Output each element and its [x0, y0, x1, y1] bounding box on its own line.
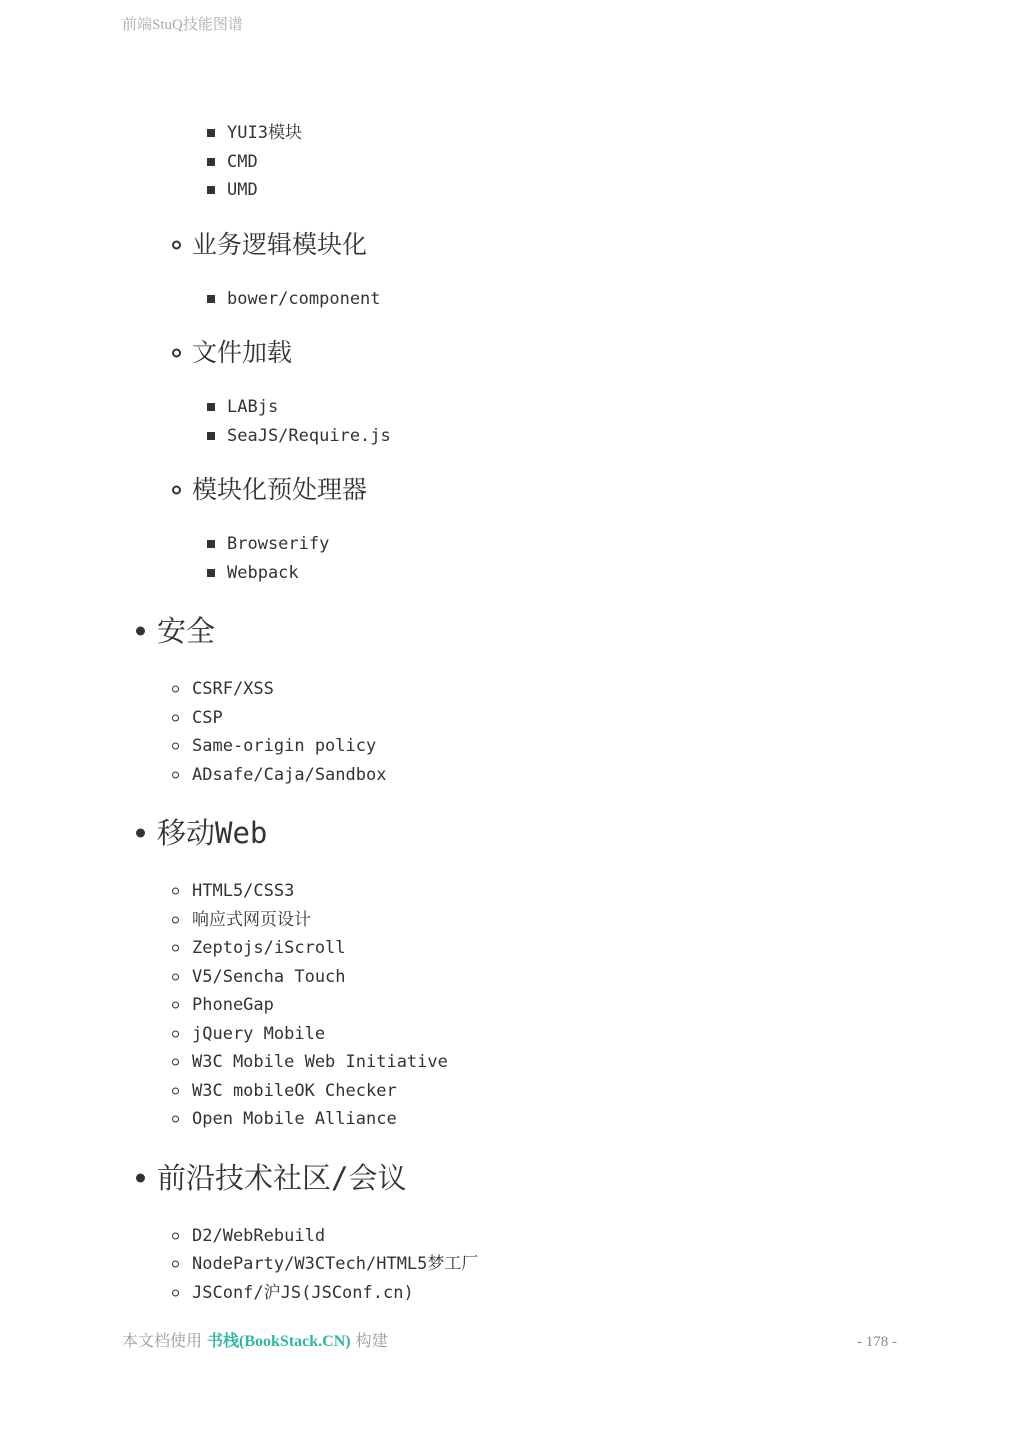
outline-heading-text: 文件加载: [192, 338, 292, 367]
list-item: Same-origin policy: [122, 732, 929, 761]
disc-bullet-icon: [136, 627, 145, 636]
list-item-text: Same-origin policy: [192, 736, 376, 756]
list-item: ADsafe/Caja/Sandbox: [122, 761, 929, 790]
list-item: JSConf/沪JS(JSConf.cn): [122, 1279, 929, 1308]
list-item-text: CSRF/XSS: [192, 679, 274, 699]
document-page: 前端StuQ技能图谱 YUI3模块CMDUMD业务逻辑模块化bower/comp…: [0, 0, 1019, 1440]
outline-item-group: LABjsSeaJS/Require.js: [122, 393, 929, 450]
circle-bullet-icon: [172, 486, 181, 495]
list-item: PhoneGap: [122, 991, 929, 1020]
list-item: Open Mobile Alliance: [122, 1105, 929, 1134]
footer-credit: 本文档使用书栈(BookStack.CN)构建: [122, 1328, 388, 1351]
list-item-text: SeaJS/Require.js: [227, 426, 391, 446]
circle-bullet-icon: [172, 945, 179, 952]
list-item-text: CMD: [227, 152, 258, 172]
list-item-text: Webpack: [227, 563, 299, 583]
square-bullet-icon: [207, 432, 215, 440]
circle-bullet-icon: [172, 1087, 179, 1094]
circle-bullet-icon: [172, 888, 179, 895]
footer-credit-prefix: 本文档使用: [122, 1333, 202, 1350]
circle-bullet-icon: [172, 1232, 179, 1239]
list-item: CSP: [122, 704, 929, 733]
list-item: W3C Mobile Web Initiative: [122, 1048, 929, 1077]
list-item: UMD: [122, 176, 929, 205]
outline-heading-text: 前沿技术社区/会议: [157, 1161, 406, 1195]
list-item: YUI3模块: [122, 119, 929, 148]
circle-bullet-icon: [172, 1289, 179, 1296]
list-item-text: D2/WebRebuild: [192, 1226, 325, 1246]
disc-bullet-icon: [136, 1173, 145, 1182]
circle-bullet-icon: [172, 1059, 179, 1066]
outline-list: YUI3模块CMDUMD业务逻辑模块化bower/component文件加载LA…: [0, 35, 1019, 1307]
outline-item-group: D2/WebRebuildNodeParty/W3CTech/HTML5梦工厂J…: [122, 1222, 929, 1308]
list-item: CSRF/XSS: [122, 675, 929, 704]
outline-heading-level-2: 模块化预处理器: [122, 470, 929, 510]
circle-bullet-icon: [172, 686, 179, 693]
outline-heading-level-2: 业务逻辑模块化: [122, 225, 929, 265]
square-bullet-icon: [207, 540, 215, 548]
outline-item-group: CSRF/XSSCSPSame-origin policyADsafe/Caja…: [122, 675, 929, 789]
list-item: bower/component: [122, 285, 929, 314]
list-item-text: Open Mobile Alliance: [192, 1109, 397, 1129]
list-item: Browserify: [122, 530, 929, 559]
circle-bullet-icon: [172, 1116, 179, 1123]
list-item: W3C mobileOK Checker: [122, 1077, 929, 1106]
outline-heading-text: 业务逻辑模块化: [192, 230, 367, 259]
list-item-text: JSConf/沪JS(JSConf.cn): [192, 1283, 414, 1303]
list-item: LABjs: [122, 393, 929, 422]
outline-heading-text: 安全: [157, 614, 215, 648]
list-item-text: CSP: [192, 708, 223, 728]
circle-bullet-icon: [172, 714, 179, 721]
list-item: NodeParty/W3CTech/HTML5梦工厂: [122, 1250, 929, 1279]
list-item-text: Browserify: [227, 534, 329, 554]
list-item: SeaJS/Require.js: [122, 422, 929, 451]
circle-bullet-icon: [172, 1030, 179, 1037]
outline-heading-level-1: 安全: [122, 609, 929, 653]
list-item-text: LABjs: [227, 397, 278, 417]
list-item: 响应式网页设计: [122, 906, 929, 935]
outline-item-group: bower/component: [122, 285, 929, 314]
list-item: HTML5/CSS3: [122, 877, 929, 906]
list-item-text: Zeptojs/iScroll: [192, 938, 346, 958]
page-header: 前端StuQ技能图谱: [0, 0, 1019, 35]
page-number: - 178 -: [857, 1334, 897, 1351]
document-title: 前端StuQ技能图谱: [122, 17, 243, 33]
circle-bullet-icon: [172, 771, 179, 778]
list-item-text: V5/Sencha Touch: [192, 967, 346, 987]
list-item-text: UMD: [227, 180, 258, 200]
list-item-text: NodeParty/W3CTech/HTML5梦工厂: [192, 1254, 478, 1274]
list-item-text: PhoneGap: [192, 995, 274, 1015]
list-item-text: W3C mobileOK Checker: [192, 1081, 397, 1101]
circle-bullet-icon: [172, 349, 181, 358]
list-item: jQuery Mobile: [122, 1020, 929, 1049]
list-item: Zeptojs/iScroll: [122, 934, 929, 963]
outline-heading-level-1: 移动Web: [122, 811, 929, 855]
list-item: Webpack: [122, 559, 929, 588]
circle-bullet-icon: [172, 1002, 179, 1009]
circle-bullet-icon: [172, 240, 181, 249]
list-item-text: jQuery Mobile: [192, 1024, 325, 1044]
outline-item-group: YUI3模块CMDUMD: [122, 119, 929, 205]
circle-bullet-icon: [172, 743, 179, 750]
outline-heading-text: 移动Web: [157, 816, 267, 850]
list-item: V5/Sencha Touch: [122, 963, 929, 992]
outline-heading-level-1: 前沿技术社区/会议: [122, 1156, 929, 1200]
square-bullet-icon: [207, 158, 215, 166]
square-bullet-icon: [207, 295, 215, 303]
footer-credit-suffix: 构建: [356, 1333, 388, 1350]
outline-item-group: BrowserifyWebpack: [122, 530, 929, 587]
list-item: D2/WebRebuild: [122, 1222, 929, 1251]
bookstack-link[interactable]: 书栈(BookStack.CN): [207, 1333, 351, 1350]
list-item-text: W3C Mobile Web Initiative: [192, 1052, 448, 1072]
square-bullet-icon: [207, 129, 215, 137]
list-item-text: bower/component: [227, 289, 381, 309]
outline-item-group: HTML5/CSS3响应式网页设计Zeptojs/iScrollV5/Sench…: [122, 877, 929, 1134]
disc-bullet-icon: [136, 829, 145, 838]
list-item: CMD: [122, 148, 929, 177]
circle-bullet-icon: [172, 1261, 179, 1268]
list-item-text: ADsafe/Caja/Sandbox: [192, 765, 386, 785]
list-item-text: 响应式网页设计: [192, 910, 311, 930]
page-footer: 本文档使用书栈(BookStack.CN)构建 - 178 -: [122, 1328, 897, 1351]
list-item-text: HTML5/CSS3: [192, 881, 294, 901]
list-item-text: YUI3模块: [227, 123, 302, 143]
square-bullet-icon: [207, 186, 215, 194]
circle-bullet-icon: [172, 973, 179, 980]
outline-heading-text: 模块化预处理器: [192, 475, 367, 504]
outline-heading-level-2: 文件加载: [122, 333, 929, 373]
circle-bullet-icon: [172, 916, 179, 923]
square-bullet-icon: [207, 403, 215, 411]
square-bullet-icon: [207, 569, 215, 577]
